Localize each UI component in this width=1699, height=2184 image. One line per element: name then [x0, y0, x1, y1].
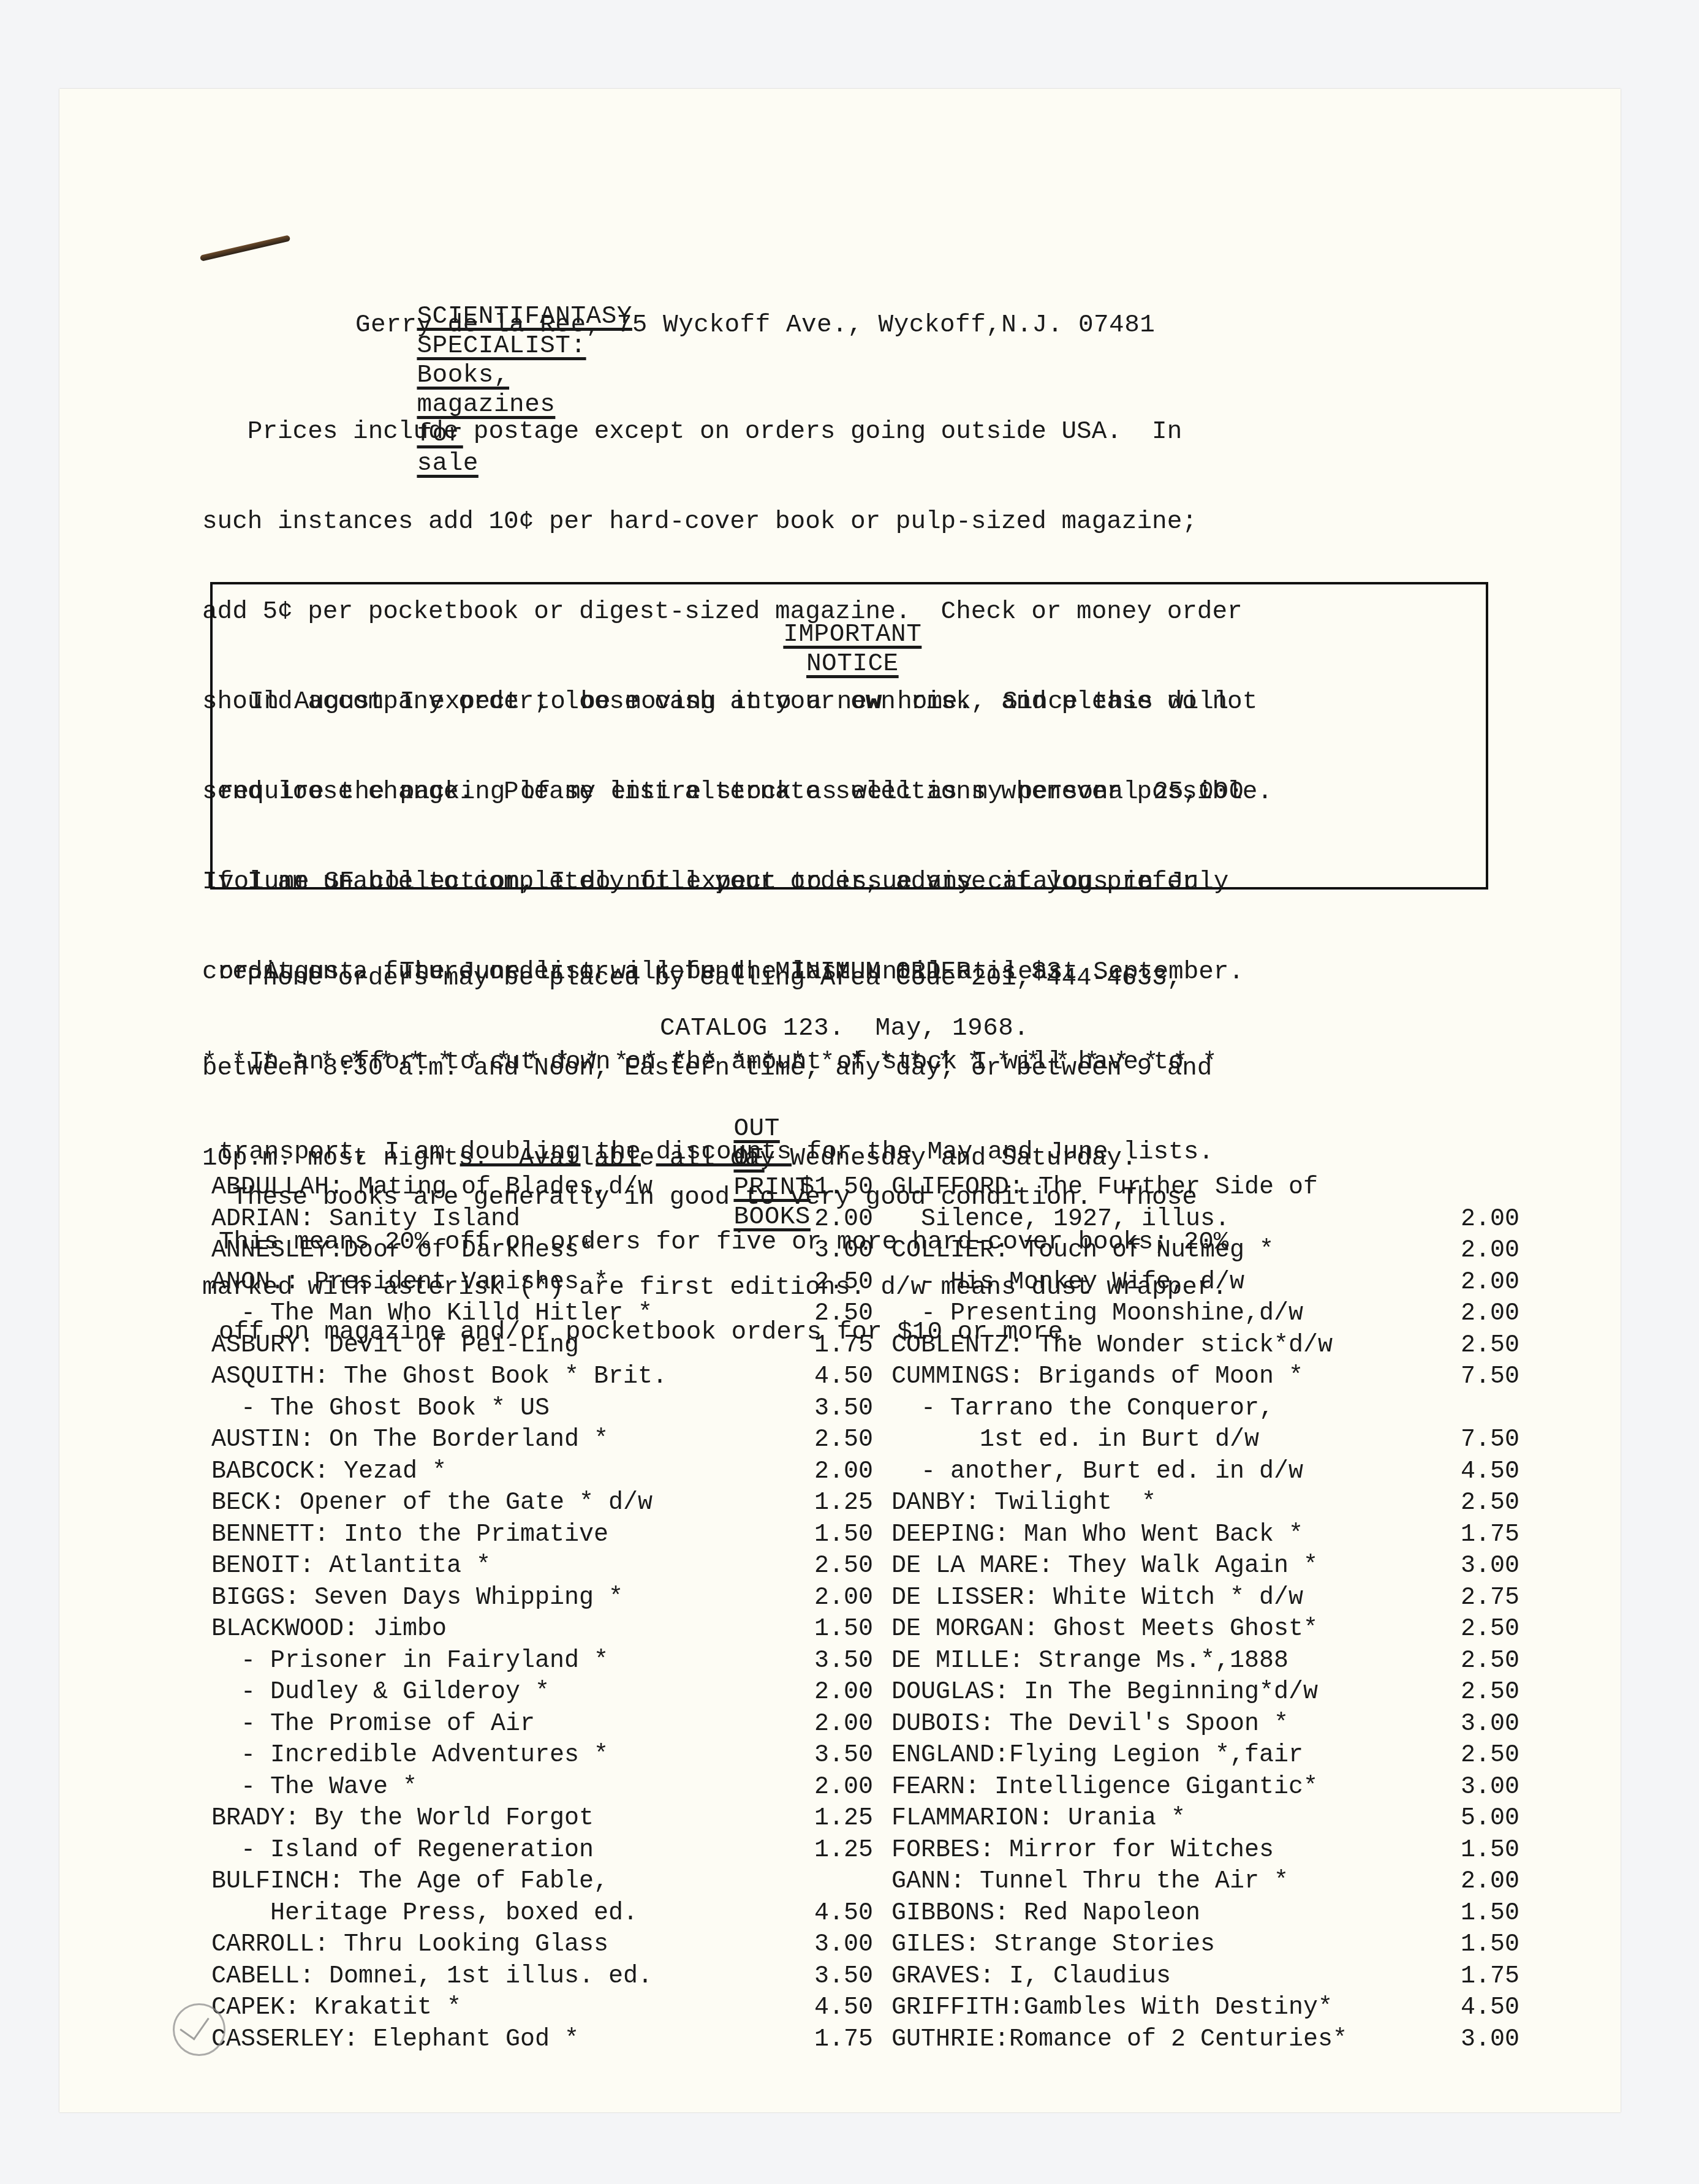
book-title: Silence, 1927, illus.: [891, 1204, 1230, 1236]
book-price: 2.50: [1461, 1646, 1519, 1677]
book-listing: CARROLL: Thru Looking Glass3.00: [211, 1929, 873, 1961]
book-listing: - Incredible Adventures *3.50: [211, 1740, 873, 1772]
book-listing: Silence, 1927, illus.2.00: [891, 1204, 1519, 1236]
book-price: 2.50: [814, 1298, 873, 1330]
book-title: - Island of Regeneration: [211, 1835, 594, 1867]
book-title: DE MORGAN: Ghost Meets Ghost*: [891, 1614, 1318, 1646]
book-title: BABCOCK: Yezad *: [211, 1456, 447, 1488]
book-listing: ABDULLAH: Mating of Blades,d/w$1.50: [211, 1172, 873, 1204]
book-listing: ANON.: President Vanishes *2.50: [211, 1267, 873, 1299]
book-title: FORBES: Mirror for Witches: [891, 1835, 1274, 1867]
book-listing: CASSERLEY: Elephant God *1.75: [211, 2024, 873, 2056]
book-listing: FLAMMARION: Urania *5.00: [891, 1803, 1519, 1835]
book-listing: - His Monkey Wife, d/w2.00: [891, 1267, 1519, 1299]
book-price: 3.50: [814, 1393, 873, 1425]
book-title: AUSTIN: On The Borderland *: [211, 1424, 608, 1456]
book-price: 7.50: [1461, 1361, 1519, 1393]
book-price: 4.50: [814, 1898, 873, 1930]
book-price: 1.75: [1461, 1961, 1519, 1993]
book-listing: GIBBONS: Red Napoleon1.50: [891, 1898, 1519, 1930]
book-listing: DE LA MARE: They Walk Again *3.00: [891, 1551, 1519, 1582]
book-listing: BENNETT: Into the Primative1.50: [211, 1519, 873, 1551]
book-title: GLIFFORD: The Further Side of: [891, 1172, 1318, 1204]
book-price: 1.50: [814, 1519, 873, 1551]
book-listing: - The Wave *2.00: [211, 1772, 873, 1804]
book-listing: GRAVES: I, Claudius1.75: [891, 1961, 1519, 1993]
book-listing: BABCOCK: Yezad *2.00: [211, 1456, 873, 1488]
book-title: - The Promise of Air: [211, 1709, 535, 1740]
book-title: - The Wave *: [211, 1772, 417, 1804]
book-listing: DE LISSER: White Witch * d/w2.75: [891, 1582, 1519, 1614]
book-listing: BIGGS: Seven Days Whipping *2.00: [211, 1582, 873, 1614]
book-listing: - The Man Who Killd Hitler *2.50: [211, 1298, 873, 1330]
book-price: $1.50: [800, 1172, 873, 1204]
book-price: 3.00: [1461, 2024, 1519, 2056]
book-price: 4.50: [814, 1992, 873, 2024]
book-title: BENOIT: Atlantita *: [211, 1551, 491, 1582]
book-listing: ANNESLEY:Door of Darkness*3.00: [211, 1235, 873, 1267]
book-listing: - Prisoner in Fairyland *3.50: [211, 1646, 873, 1677]
seller-address: Gerry de la Ree, 75 Wyckoff Ave., Wyckof…: [355, 311, 1155, 340]
book-price: 3.00: [1461, 1551, 1519, 1582]
book-price: 1.75: [814, 1330, 873, 1362]
book-price: 1.50: [1461, 1898, 1519, 1930]
book-price: 3.00: [814, 1235, 873, 1267]
book-price: 1.50: [1461, 1929, 1519, 1961]
book-title: 1st ed. in Burt d/w: [891, 1424, 1259, 1456]
book-title: CABELL: Domnei, 1st illus. ed.: [211, 1961, 653, 1993]
book-price: 3.50: [814, 1646, 873, 1677]
asterisk-divider: * * * * * * * * * * * * * * * * * * * * …: [202, 1049, 1489, 1077]
book-price: 1.25: [814, 1487, 873, 1519]
book-title: DE LISSER: White Witch * d/w: [891, 1582, 1303, 1614]
book-listing: GILES: Strange Stories1.50: [891, 1929, 1519, 1961]
book-listing: - Island of Regeneration1.25: [211, 1835, 873, 1867]
book-price: 2.50: [1461, 1614, 1519, 1646]
book-listing: CABELL: Domnei, 1st illus. ed.3.50: [211, 1961, 873, 1993]
book-title: CAPEK: Krakatit *: [211, 1992, 461, 2024]
book-title: BRADY: By the World Forgot: [211, 1803, 594, 1835]
book-title: - The Man Who Killd Hitler *: [211, 1298, 653, 1330]
book-listing: DE MORGAN: Ghost Meets Ghost*2.50: [891, 1614, 1519, 1646]
book-price: 2.50: [814, 1267, 873, 1299]
book-title: - Tarrano the Conqueror,: [891, 1393, 1274, 1425]
book-price: 3.00: [1461, 1772, 1519, 1804]
book-listing: ASBURY: Devil of Pei-Ling1.75: [211, 1330, 873, 1362]
book-listing: GANN: Tunnel Thru the Air *2.00: [891, 1866, 1519, 1898]
book-title: DEEPING: Man Who Went Back *: [891, 1519, 1303, 1551]
book-listing: COLLIER: Touch of Nutmeg *2.00: [891, 1235, 1519, 1267]
book-title: - The Ghost Book * US: [211, 1393, 550, 1425]
book-title: DUBOIS: The Devil's Spoon *: [891, 1709, 1288, 1740]
book-title: DE LA MARE: They Walk Again *: [891, 1551, 1318, 1582]
intro-line: Prices include postage except on orders …: [202, 417, 1273, 447]
book-listing: DE MILLE: Strange Ms.*,18882.50: [891, 1646, 1519, 1677]
book-title: DANBY: Twilight *: [891, 1487, 1156, 1519]
staple-icon: [200, 235, 290, 261]
book-title: FEARN: Intelligence Gigantic*: [891, 1772, 1318, 1804]
book-listing: DEEPING: Man Who Went Back *1.75: [891, 1519, 1519, 1551]
book-price: 2.00: [814, 1677, 873, 1709]
book-title: BIGGS: Seven Days Whipping *: [211, 1582, 623, 1614]
book-title: GIBBONS: Red Napoleon: [891, 1898, 1200, 1930]
book-price: 1.25: [814, 1835, 873, 1867]
phone-line: Phone orders may be placed by calling Ar…: [202, 964, 1212, 994]
pencil-check-mark-icon: [173, 2003, 225, 2056]
book-title: ADRIAN: Sanity Island: [211, 1204, 520, 1236]
book-title: BULFINCH: The Age of Fable,: [211, 1866, 608, 1898]
book-title: ANNESLEY:Door of Darkness*: [211, 1235, 594, 1267]
book-price: 1.75: [814, 2024, 873, 2056]
book-listing: - The Ghost Book * US3.50: [211, 1393, 873, 1425]
book-price: 2.00: [1461, 1866, 1519, 1898]
book-listing: AUSTIN: On The Borderland *2.50: [211, 1424, 873, 1456]
intro-line: such instances add 10¢ per hard-cover bo…: [202, 507, 1273, 537]
book-title: DE MILLE: Strange Ms.*,1888: [891, 1646, 1288, 1677]
book-title: ASQUITH: The Ghost Book * Brit.: [211, 1361, 667, 1393]
book-title: GRAVES: I, Claudius: [891, 1961, 1171, 1993]
book-price: 3.50: [814, 1961, 873, 1993]
book-price: 3.00: [814, 1929, 873, 1961]
book-listing: - Tarrano the Conqueror,: [891, 1393, 1519, 1425]
book-title: ENGLAND:Flying Legion *,fair: [891, 1740, 1303, 1772]
book-listing: CUMMINGS: Brigands of Moon *7.50: [891, 1361, 1519, 1393]
book-listing: BLACKWOOD: Jimbo1.50: [211, 1614, 873, 1646]
book-price: 2.00: [1461, 1298, 1519, 1330]
book-title: ANON.: President Vanishes *: [211, 1267, 608, 1299]
book-price: 2.50: [1461, 1487, 1519, 1519]
book-price: 1.50: [814, 1614, 873, 1646]
book-listing: 1st ed. in Burt d/w7.50: [891, 1424, 1519, 1456]
book-listing: Heritage Press, boxed ed.4.50: [211, 1898, 873, 1930]
listings-right-column: GLIFFORD: The Further Side of Silence, 1…: [891, 1172, 1519, 2055]
book-listing: COBLENTZ: The Wonder stick*d/w2.50: [891, 1330, 1519, 1362]
book-title: CARROLL: Thru Looking Glass: [211, 1929, 608, 1961]
book-listing: FEARN: Intelligence Gigantic*3.00: [891, 1772, 1519, 1804]
book-price: 2.50: [1461, 1677, 1519, 1709]
book-listing: DANBY: Twilight *2.50: [891, 1487, 1519, 1519]
book-price: 2.00: [814, 1582, 873, 1614]
book-listing: CAPEK: Krakatit *4.50: [211, 1992, 873, 2024]
book-title: - Prisoner in Fairyland *: [211, 1646, 608, 1677]
notice-line: In August I expect to be moving into a n…: [219, 687, 1244, 717]
book-title: COBLENTZ: The Wonder stick*d/w: [891, 1330, 1333, 1362]
book-listing: ENGLAND:Flying Legion *,fair2.50: [891, 1740, 1519, 1772]
book-title: CUMMINGS: Brigands of Moon *: [891, 1361, 1303, 1393]
book-price: 1.75: [1461, 1519, 1519, 1551]
book-price: 7.50: [1461, 1424, 1519, 1456]
book-price: 5.00: [1461, 1803, 1519, 1835]
book-title: - another, Burt ed. in d/w: [891, 1456, 1303, 1488]
notice-line: require the packing of my entire stock a…: [219, 777, 1244, 807]
book-listing: DUBOIS: The Devil's Spoon *3.00: [891, 1709, 1519, 1740]
book-title: BECK: Opener of the Gate * d/w: [211, 1487, 653, 1519]
book-title: ABDULLAH: Mating of Blades,d/w: [211, 1172, 653, 1204]
book-price: 2.00: [1461, 1204, 1519, 1236]
book-price: 2.00: [1461, 1235, 1519, 1267]
book-listing: ASQUITH: The Ghost Book * Brit.4.50: [211, 1361, 873, 1393]
book-listing: - another, Burt ed. in d/w4.50: [891, 1456, 1519, 1488]
catalog-number-date: CATALOG 123. May, 1968.: [660, 1014, 1029, 1043]
book-price: 2.00: [814, 1204, 873, 1236]
book-listing: GLIFFORD: The Further Side of: [891, 1172, 1519, 1204]
book-listing: BECK: Opener of the Gate * d/w1.25: [211, 1487, 873, 1519]
book-title: GRIFFITH:Gambles With Destiny*: [891, 1992, 1333, 2024]
book-price: 1.50: [1461, 1835, 1519, 1867]
book-price: 2.50: [814, 1551, 873, 1582]
book-listing: GRIFFITH:Gambles With Destiny*4.50: [891, 1992, 1519, 2024]
book-title: BLACKWOOD: Jimbo: [211, 1614, 447, 1646]
book-price: 3.50: [814, 1740, 873, 1772]
book-title: ASBURY: Devil of Pei-Ling: [211, 1330, 579, 1362]
book-listing: ADRIAN: Sanity Island2.00: [211, 1204, 873, 1236]
book-title: GILES: Strange Stories: [891, 1929, 1215, 1961]
notice-line: volume SF collection, I do not expect to…: [219, 867, 1244, 897]
book-price: 2.75: [1461, 1582, 1519, 1614]
book-price: 3.00: [1461, 1709, 1519, 1740]
book-price: 1.25: [814, 1803, 873, 1835]
book-price: 4.50: [814, 1361, 873, 1393]
book-title: Heritage Press, boxed ed.: [211, 1898, 638, 1930]
book-price: 2.50: [1461, 1330, 1519, 1362]
book-title: GUTHRIE:Romance of 2 Centuries*: [891, 2024, 1347, 2056]
book-price: 2.00: [814, 1709, 873, 1740]
book-title: FLAMMARION: Urania *: [891, 1803, 1186, 1835]
book-listing: - Presenting Moonshine,d/w2.00: [891, 1298, 1519, 1330]
book-price: 2.00: [814, 1772, 873, 1804]
book-title: - Dudley & Gilderoy *: [211, 1677, 550, 1709]
book-title: DOUGLAS: In The Beginning*d/w: [891, 1677, 1318, 1709]
book-title: CASSERLEY: Elephant God *: [211, 2024, 579, 2056]
book-title: BENNETT: Into the Primative: [211, 1519, 608, 1551]
book-price: 2.00: [1461, 1267, 1519, 1299]
book-title: - Presenting Moonshine,d/w: [891, 1298, 1303, 1330]
book-listing: BENOIT: Atlantita *2.50: [211, 1551, 873, 1582]
book-listing: BULFINCH: The Age of Fable,: [211, 1866, 873, 1898]
book-price: 2.00: [814, 1456, 873, 1488]
book-listing: - The Promise of Air2.00: [211, 1709, 873, 1740]
important-notice-box: IMPORTANT NOTICE In August I expect to b…: [210, 582, 1488, 890]
book-listing: BRADY: By the World Forgot1.25: [211, 1803, 873, 1835]
book-title: - His Monkey Wife, d/w: [891, 1267, 1244, 1299]
book-listing: GUTHRIE:Romance of 2 Centuries*3.00: [891, 2024, 1519, 2056]
book-title: COLLIER: Touch of Nutmeg *: [891, 1235, 1274, 1267]
book-listing: FORBES: Mirror for Witches1.50: [891, 1835, 1519, 1867]
book-price: 2.50: [1461, 1740, 1519, 1772]
book-listing: DOUGLAS: In The Beginning*d/w2.50: [891, 1677, 1519, 1709]
book-price: 4.50: [1461, 1992, 1519, 2024]
book-listing: - Dudley & Gilderoy *2.00: [211, 1677, 873, 1709]
book-price: 4.50: [1461, 1456, 1519, 1488]
typed-catalog-page: SCIENTIFANTASY SPECIALIST: Books, magazi…: [59, 89, 1621, 2112]
book-price: 2.50: [814, 1424, 873, 1456]
book-title: - Incredible Adventures *: [211, 1740, 608, 1772]
book-title: GANN: Tunnel Thru the Air *: [891, 1866, 1288, 1898]
listings-left-column: ABDULLAH: Mating of Blades,d/w$1.50ADRIA…: [211, 1172, 873, 2055]
